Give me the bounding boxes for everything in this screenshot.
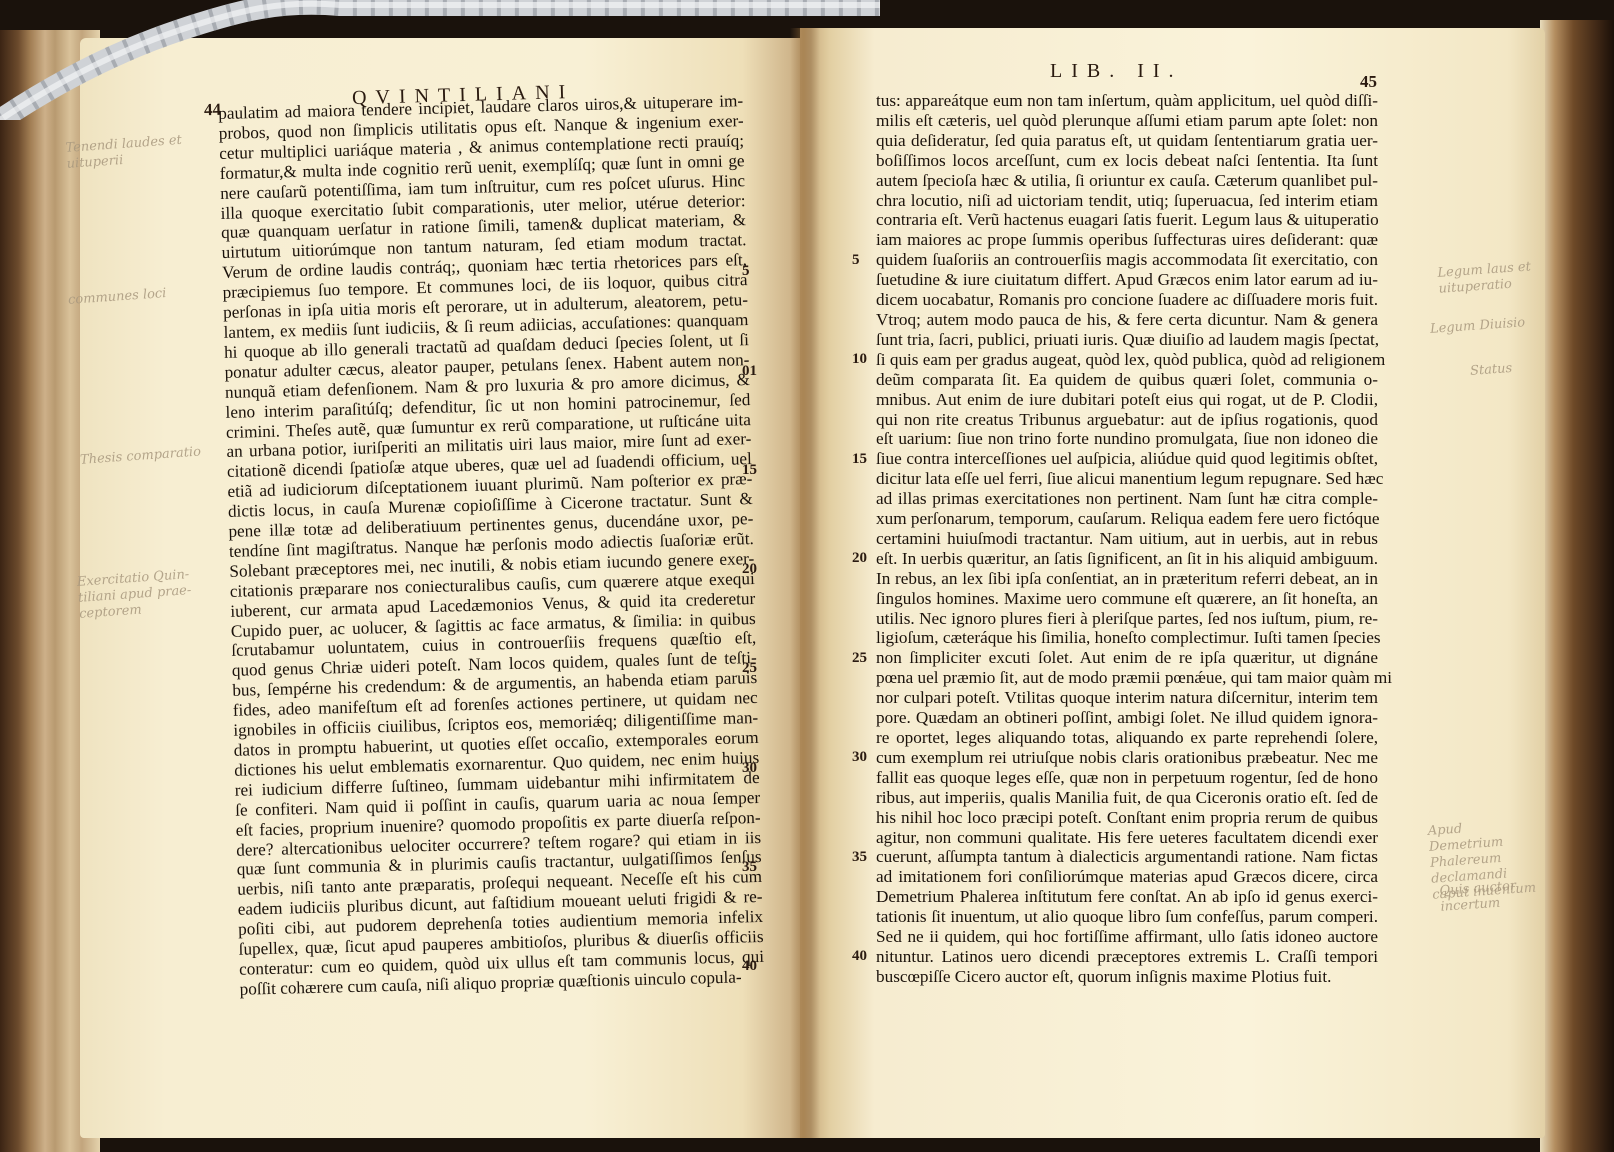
line-number: 01 <box>742 363 757 380</box>
text-line: nor culpari poteſt. Vtilitas quoque inte… <box>876 688 1378 708</box>
text-line: mnibus. Aut enim de iure dubitari poteſt… <box>876 390 1378 410</box>
text-line: cum exemplum rei utriuſque nobis claris … <box>876 748 1378 768</box>
text-line: milis eſt cæteris, uel quòd plerunque aſ… <box>876 111 1378 131</box>
text-line: re oportet, leges aliquando totas, aliqu… <box>876 728 1378 748</box>
text-line: autem ſpecioſa hæc & utilia, ſi oriuntur… <box>876 171 1378 191</box>
left-page-body-text: paulatim ad maiora tendere incipiet, lau… <box>218 91 765 999</box>
open-book-spread: 44 QVINTILIANI LIB. II. 45 paulatim ad m… <box>0 0 1614 1152</box>
text-line: ſuetudine & iure ciuitatum differt. Apud… <box>876 270 1378 290</box>
text-line: ſi quis eam per gradus augeat, quòd lex,… <box>876 350 1378 370</box>
text-line: ad imitationem fori conſiliorúmque mater… <box>876 867 1378 887</box>
line-number: 15 <box>852 451 867 468</box>
text-line: cuerunt, aſſumpta tantum à dialecticis a… <box>876 847 1378 867</box>
line-number: 35 <box>742 859 757 876</box>
text-line: his nihil hoc loco præcipi poteſt. Conſt… <box>876 808 1378 828</box>
text-line: certamini huiuſmodi tractantur. Nam uiti… <box>876 529 1378 549</box>
line-number: 40 <box>742 958 757 975</box>
text-line: Sed ne ii quidem, qui hoc fortiſſime aff… <box>876 927 1378 947</box>
text-line: boſiſſimos locos arceſſunt, cum ex locis… <box>876 151 1378 171</box>
right-folio: 45 <box>1360 72 1377 92</box>
line-number: 25 <box>852 650 867 667</box>
text-line: dicem uocabatur, Romanis pro concione ſu… <box>876 290 1378 310</box>
text-line: agitur, non communi qualitate. His fere … <box>876 828 1378 848</box>
line-number: 5 <box>852 252 860 269</box>
text-line: deũm comparata ſit. Ea quidem de quibus … <box>876 370 1378 390</box>
book-gutter <box>790 28 820 1138</box>
text-line: quia deſideratur, ſed quia paratus eſt, … <box>876 131 1378 151</box>
line-number: 35 <box>852 849 867 866</box>
text-line: eſt uarium: ſiue non trino forte nundino… <box>876 429 1378 449</box>
line-number: 20 <box>852 550 867 567</box>
margin-note: Exercitatio Quin-tiliani apud prae-cepto… <box>76 565 219 623</box>
text-line: tus: appareátque eum non tam inſertum, q… <box>876 91 1378 111</box>
line-number: 5 <box>742 263 750 280</box>
text-line: ribus, aut imperiis, qualis Manilia fuit… <box>876 788 1378 808</box>
line-number: 25 <box>742 660 757 677</box>
text-line: ſunt tria, ſacri, publici, priuati iuris… <box>876 330 1378 350</box>
text-line: nituntur. Latinos uero dicendi præceptor… <box>876 947 1378 967</box>
text-line: non ſimpliciter excuti ſolet. Aut enim d… <box>876 648 1378 668</box>
text-line: Demetrium Phalerea inſtitutum fere conſt… <box>876 887 1378 907</box>
text-line: contraria eſt. Verũ hactenus euagari ſat… <box>876 210 1378 230</box>
text-line: ligioſum, cæteráque his ſimilia, honeſto… <box>876 628 1378 648</box>
text-line: Vtroq; autem modo pauca de his, & fere c… <box>876 310 1378 330</box>
text-line: xum perſonarum, temporum, cauſarum. Reli… <box>876 509 1378 529</box>
text-line: dicitur lata eſſe uel ferri, ſiue alicui… <box>876 469 1378 489</box>
text-line: ſiue contra interceſſiones uel auſpicia,… <box>876 449 1378 469</box>
text-line: quidem ſuaſoriis an controuerſiis magis … <box>876 250 1378 270</box>
text-line: utilis. Nec ignoro plures fieri à pleriſ… <box>876 609 1378 629</box>
text-line: qui non rite creatus Tribunus arguebatur… <box>876 410 1378 430</box>
line-number: 30 <box>852 749 867 766</box>
right-page-body-text: tus: appareátque eum non tam inſertum, q… <box>876 91 1378 987</box>
text-line: iam maiores ac prope ſummis operibus ſuf… <box>876 230 1378 250</box>
right-page-edges <box>1540 20 1614 1152</box>
text-line: ſingulos homines. Maxime uero commune eſ… <box>876 589 1378 609</box>
line-number: 40 <box>852 948 867 965</box>
line-number: 10 <box>852 351 867 368</box>
text-line: pœna uel præmio ſit, aut de modo præmii … <box>876 668 1378 688</box>
text-line: chra locutio, niſi ad uictoriam tendit, … <box>876 191 1378 211</box>
text-line: tationis ſit inuentum, ut alio quoque li… <box>876 907 1378 927</box>
text-line: fallit eas quoque leges eſſe, quæ non in… <box>876 768 1378 788</box>
text-line: ad illas primas exercitationes non perti… <box>876 489 1378 509</box>
line-number: 20 <box>742 561 757 578</box>
text-line: In rebus, an lex ſibi ipſa conſentiat, a… <box>876 569 1378 589</box>
right-running-head: LIB. II. <box>1050 60 1183 83</box>
text-line: pore. Quædam an obtineri poſſint, ambigi… <box>876 708 1378 728</box>
line-number: 15 <box>742 462 757 479</box>
text-line: eſt. In uerbis quæritur, an ſatis ſignif… <box>876 549 1378 569</box>
text-line: buscœpiſſe Cicero auctor eſt, quorum inſ… <box>876 967 1378 987</box>
line-number: 30 <box>742 760 757 777</box>
